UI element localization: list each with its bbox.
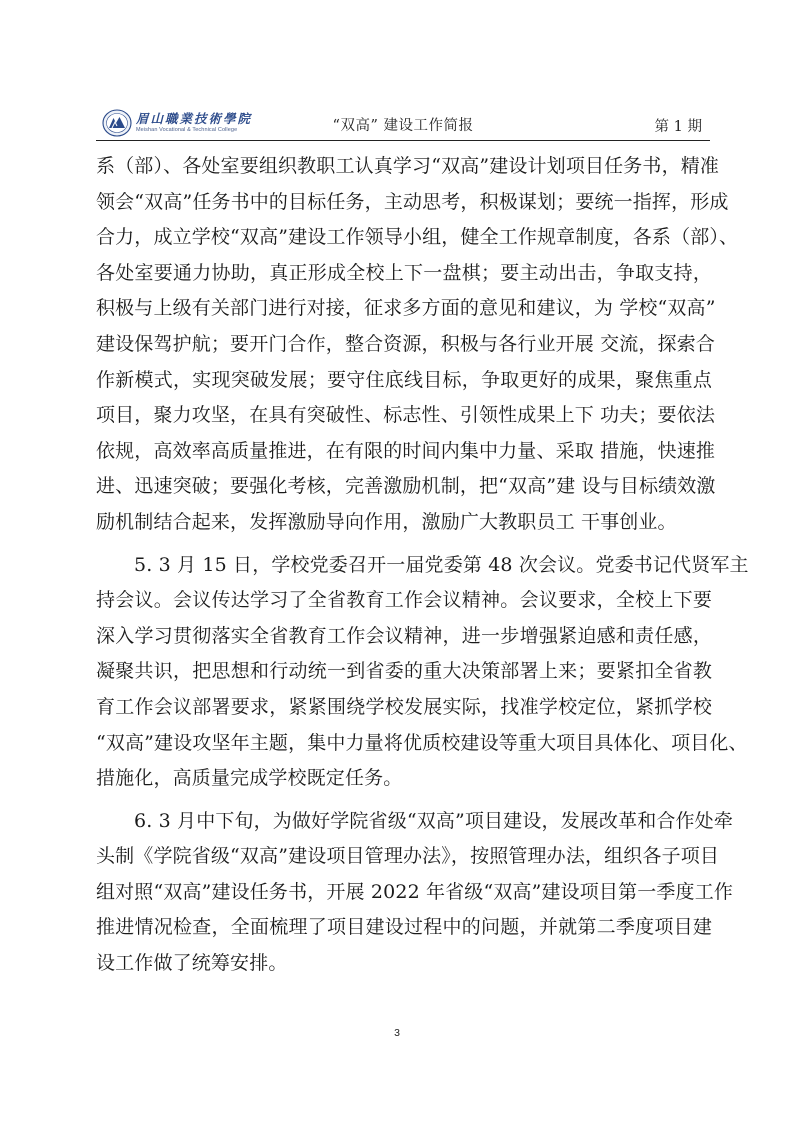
page-number: 3 bbox=[0, 1027, 794, 1039]
header-divider bbox=[96, 140, 710, 141]
text-line: 5. 3 月 15 日，学校党委召开一届党委第 48 次会议。党委书记代贤军主 bbox=[96, 548, 712, 584]
text-line: 6. 3 月中下旬，为做好学院省级“双高”项目建设，发展改革和合作处牵 bbox=[96, 804, 712, 840]
text-line: 作新模式，实现突破发展；要守住底线目标，争取更好的成果，聚焦重点 bbox=[96, 363, 712, 399]
text-line: 励机制结合起来，发挥激励导向作用，激励广大教职员工 干事创业。 bbox=[96, 505, 712, 541]
paragraph-gap bbox=[96, 797, 712, 804]
text-line: 凝聚共识，把思想和行动统一到省委的重大决策部署上来；要紧扣全省教 bbox=[96, 654, 712, 690]
paragraph-5: 5. 3 月 15 日，学校党委召开一届党委第 48 次会议。党委书记代贤军主 … bbox=[96, 548, 712, 797]
text-line: 育工作会议部署要求，紧紧围绕学校发展实际，找准学校定位，紧抓学校 bbox=[96, 690, 712, 726]
text-line: 建设保驾护航；要开门合作，整合资源，积极与各行业开展 交流，探索合 bbox=[96, 327, 712, 363]
text-line: 系（部）、各处室要组织教职工认真学习“双高”建设计划项目任务书，精准 bbox=[96, 149, 712, 185]
text-line: 进、迅速突破；要强化考核，完善激励机制，把“双高”建 设与目标绩效激 bbox=[96, 469, 712, 505]
text-line: 措施化，高质量完成学校既定任务。 bbox=[96, 761, 712, 797]
paragraph-gap bbox=[96, 541, 712, 548]
paragraph-4-continued: 系（部）、各处室要组织教职工认真学习“双高”建设计划项目任务书，精准 领会“双高… bbox=[96, 149, 712, 541]
issue-number: 第 1 期 bbox=[655, 115, 702, 136]
paragraph-6: 6. 3 月中下旬，为做好学院省级“双高”项目建设，发展改革和合作处牵 头制《学… bbox=[96, 804, 712, 982]
text-line: 各处室要通力协助，真正形成全校上下一盘棋；要主动出击，争取支持， bbox=[96, 256, 712, 292]
text-line: 依规，高效率高质量推进，在有限的时间内集中力量、采取 措施，快速推 bbox=[96, 434, 712, 470]
text-line: 持会议。会议传达学习了全省教育工作会议精神。会议要求，全校上下要 bbox=[96, 583, 712, 619]
page-header: 眉山職業技術學院 Meishan Vocational & Technical … bbox=[96, 106, 710, 140]
text-line: 领会“双高”任务书中的目标任务，主动思考，积极谋划；要统一指挥，形成 bbox=[96, 185, 712, 221]
text-line: 深入学习贯彻落实全省教育工作会议精神，进一步增强紧迫感和责任感， bbox=[96, 619, 712, 655]
text-line: 推进情况检查，全面梳理了项目建设过程中的问题，并就第二季度项目建 bbox=[96, 910, 712, 946]
text-line: 组对照“双高”建设任务书，开展 2022 年省级“双高”建设项目第一季度工作 bbox=[96, 875, 712, 911]
document-body: 系（部）、各处室要组织教职工认真学习“双高”建设计划项目任务书，精准 领会“双高… bbox=[96, 149, 712, 982]
text-line: 合力，成立学校“双高”建设工作领导小组，健全工作规章制度，各系（部）、 bbox=[96, 220, 712, 256]
text-line: “双高”建设攻坚年主题，集中力量将优质校建设等重大项目具体化、项目化、 bbox=[96, 726, 712, 762]
text-line: 头制《学院省级“双高”建设项目管理办法》，按照管理办法，组织各子项目 bbox=[96, 839, 712, 875]
text-line: 项目，聚力攻坚，在具有突破性、标志性、引领性成果上下 功夫；要依法 bbox=[96, 398, 712, 434]
text-line: 积极与上级有关部门进行对接，征求多方面的意见和建议，为 学校“双高” bbox=[96, 291, 712, 327]
text-line: 设工作做了统筹安排。 bbox=[96, 946, 712, 982]
bulletin-title: “双高” 建设工作简报 bbox=[96, 114, 710, 135]
